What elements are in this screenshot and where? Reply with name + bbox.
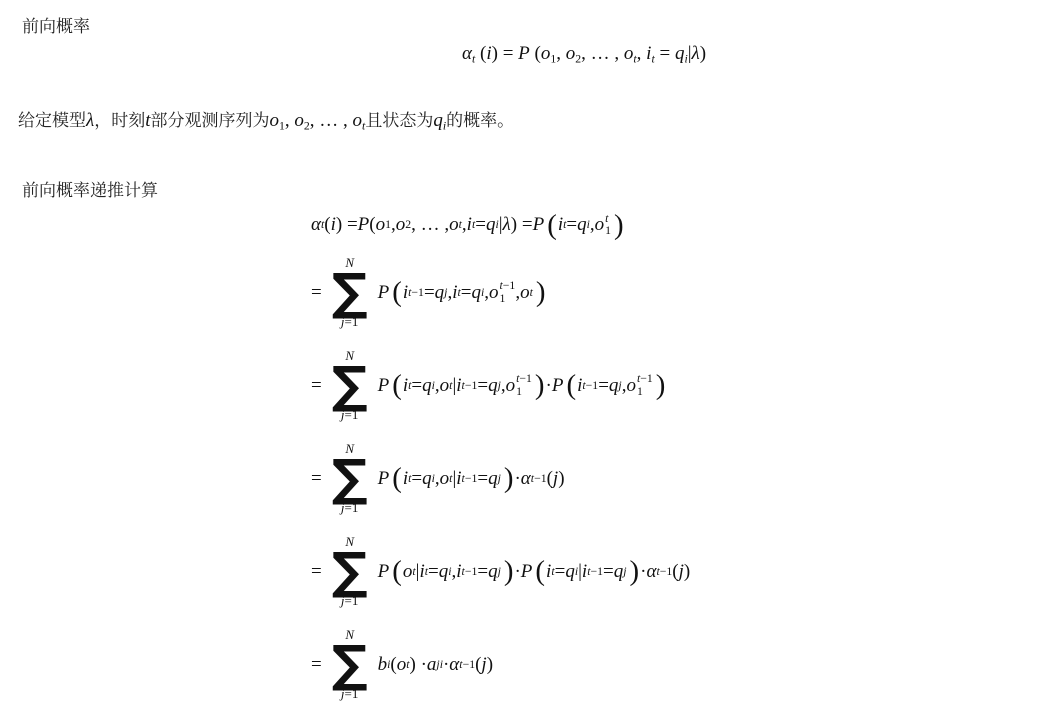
formula-forward-probability: αt (i) = P (o1, o2, … , ot, it = qi|λ)	[462, 43, 706, 66]
derivation-line-1: αt (i) = P (o1, o2, … , ot, it = qi|λ) =…	[311, 204, 690, 246]
derivation-block: αt (i) = P (o1, o2, … , ot, it = qi|λ) =…	[311, 204, 690, 711]
derivation-line-6: = N∑j=1bi (ot) · aji · αt−1 (j)	[311, 618, 690, 711]
heading-recursion-computation: 前向概率递推计算	[22, 176, 158, 201]
document-page: 前向概率 αt (i) = P (o1, o2, … , ot, it = qi…	[0, 0, 1052, 716]
definition-sentence: 给定模型λ，时刻t部分观测序列为o1, o2, … , ot且状态为qi的概率。	[18, 106, 514, 133]
derivation-line-2: = N∑j=1P(it−1 = qj, it = qi, ot−11, ot)	[311, 246, 690, 339]
derivation-line-4: = N∑j=1P(it = qi, ot|it−1 = qj) · αt−1 (…	[311, 432, 690, 525]
heading-forward-probability: 前向概率	[22, 12, 90, 37]
derivation-line-5: = N∑j=1P(ot|it = qi, it−1 = qj) · P(it =…	[311, 525, 690, 618]
derivation-line-3: = N∑j=1P(it = qi, ot|it−1 = qj, ot−11) ·…	[311, 339, 690, 432]
